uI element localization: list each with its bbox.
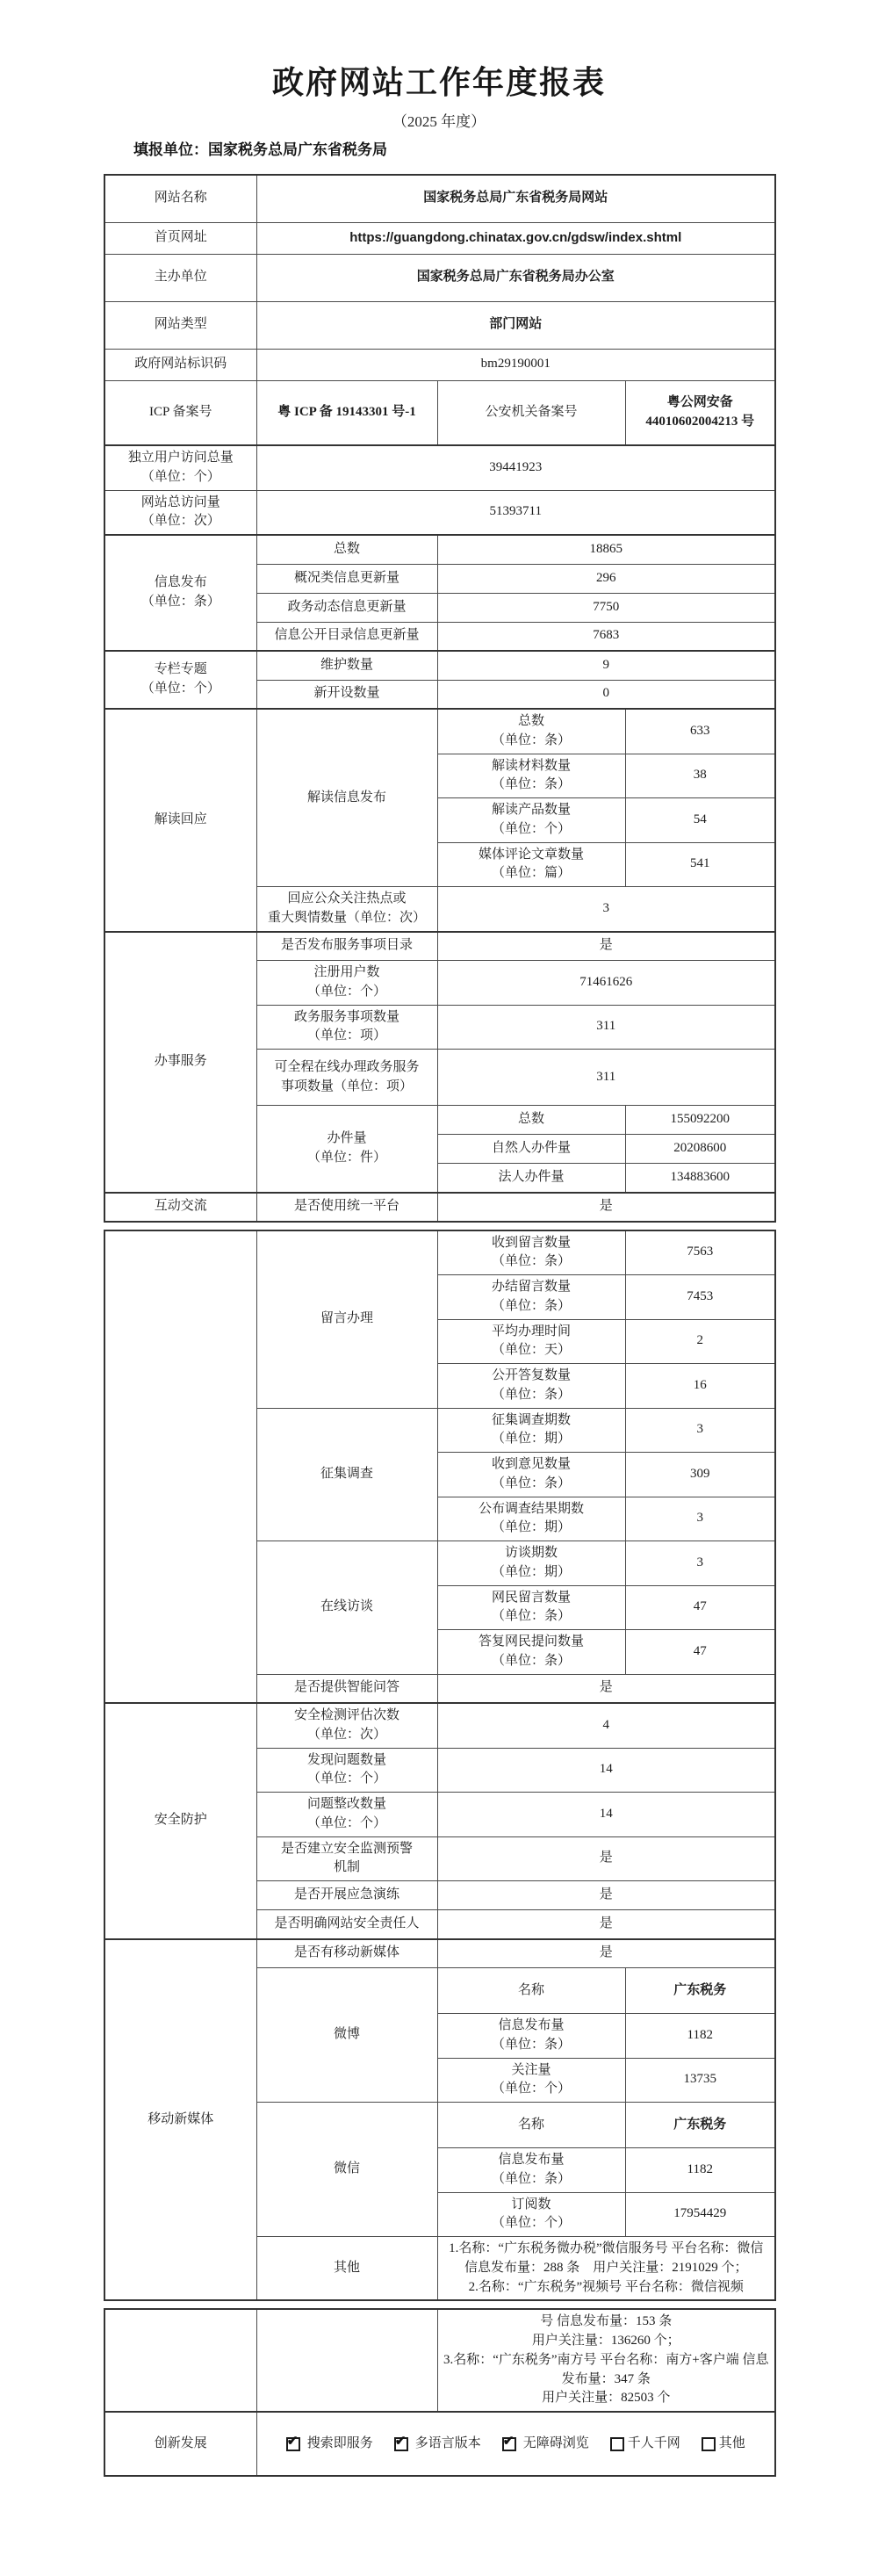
checkbox-icon xyxy=(702,2437,716,2451)
svc-volume-label: 办件量 （单位：件） xyxy=(256,1106,437,1193)
row-icp: ICP 备案号 粤 ICP 备 19143301 号-1 公安机关备案号 粤公网… xyxy=(104,380,775,445)
row-label: 回应公众关注热点或 重大舆情数量（单位：次） xyxy=(256,887,437,932)
checkbox-icon xyxy=(394,2437,408,2451)
weibo-label: 微博 xyxy=(256,1968,437,2103)
survey-label: 征集调查 xyxy=(256,1408,437,1541)
row-value: 134883600 xyxy=(625,1164,775,1193)
row-label: 发现问题数量 （单位：个） xyxy=(256,1748,437,1793)
row-info-pub-total: 信息发布 （单位：条） 总数 18865 xyxy=(104,535,775,564)
section-interaction: 互动交流 xyxy=(104,1193,256,1222)
row-value: 3 xyxy=(625,1408,775,1453)
row-label: 是否发布服务事项目录 xyxy=(256,932,437,961)
section-columns: 专栏专题 （单位：个） xyxy=(104,651,256,709)
home-url-label: 首页网址 xyxy=(104,222,256,254)
site-name-value: 国家税务总局广东省税务局网站 xyxy=(256,175,775,222)
row-label: 是否提供智能问答 xyxy=(256,1674,437,1703)
row-value: 7453 xyxy=(625,1275,775,1320)
option-label: 其他 xyxy=(719,2435,745,2454)
row-value: 广东税务 xyxy=(625,2103,775,2148)
row-home-url: 首页网址 https://guangdong.chinatax.gov.cn/g… xyxy=(104,222,775,254)
row-label: 是否建立安全监测预警 机制 xyxy=(256,1836,437,1881)
row-value: 广东税务 xyxy=(625,1968,775,2014)
row-label: 办结留言数量 （单位：条） xyxy=(437,1275,625,1320)
row-value: 38 xyxy=(625,754,775,798)
option-accessibility: 无障碍浏览 xyxy=(502,2435,589,2454)
interp-pub-label: 解读信息发布 xyxy=(256,709,437,887)
row-value: 1182 xyxy=(625,2014,775,2059)
checkbox-icon xyxy=(286,2437,300,2451)
site-name-label: 网站名称 xyxy=(104,175,256,222)
row-value: 311 xyxy=(437,1005,775,1050)
row-unique-visitors: 独立用户访问总量 （单位：个） 39441923 xyxy=(104,445,775,490)
row-label: 注册用户数 （单位：个） xyxy=(256,961,437,1006)
row-value: 14 xyxy=(437,1793,775,1837)
row-label: 总数 xyxy=(437,1106,625,1135)
row-label: 信息公开目录信息更新量 xyxy=(256,622,437,651)
section-new-media-cont xyxy=(104,2309,256,2412)
row-label: 维护数量 xyxy=(256,651,437,680)
row-label: 公布调查结果期数 （单位：期） xyxy=(437,1497,625,1541)
row-value: 71461626 xyxy=(437,961,775,1006)
row-innovation: 创新发展 搜索即服务 多语言版本 无障碍浏览 千人千网 其他 xyxy=(104,2412,775,2476)
report-table-area: 网站名称 国家税务总局广东省税务局网站 首页网址 https://guangdo… xyxy=(104,174,774,2484)
row-value: 是 xyxy=(437,1674,775,1703)
unique-visitors-value: 39441923 xyxy=(256,445,775,490)
row-label: 总数 （单位：条） xyxy=(437,709,625,754)
row-svc-catalog: 办事服务 是否发布服务事项目录 是 xyxy=(104,932,775,961)
option-search-as-service: 搜索即服务 xyxy=(286,2435,373,2454)
option-label: 搜索即服务 xyxy=(307,2435,373,2454)
row-label: 是否明确网站安全责任人 xyxy=(256,1910,437,1939)
row-value: 7683 xyxy=(437,622,775,651)
row-label: 总数 xyxy=(256,535,437,564)
row-total-visits: 网站总访问量 （单位：次） 51393711 xyxy=(104,490,775,535)
row-msg-received: 留言办理 收到留言数量 （单位：条） 7563 xyxy=(104,1230,775,1275)
option-other: 其他 xyxy=(702,2435,745,2454)
innovation-options-cell: 搜索即服务 多语言版本 无障碍浏览 千人千网 其他 xyxy=(256,2412,775,2476)
interview-label: 在线访谈 xyxy=(256,1541,437,1675)
filing-unit: 填报单位：国家税务总局广东省税务局 xyxy=(133,137,387,159)
row-value: 14 xyxy=(437,1748,775,1793)
row-value: 是 xyxy=(437,1939,775,1968)
row-value: 296 xyxy=(437,564,775,593)
row-site-code: 政府网站标识码 bm29190001 xyxy=(104,349,775,380)
row-value: 是 xyxy=(437,1910,775,1939)
row-value: 是 xyxy=(437,1881,775,1910)
row-label: 征集调查期数 （单位：期） xyxy=(437,1408,625,1453)
row-value: 0 xyxy=(437,680,775,709)
row-columns-maintained: 专栏专题 （单位：个） 维护数量 9 xyxy=(104,651,775,680)
row-label: 新开设数量 xyxy=(256,680,437,709)
row-value: 2 xyxy=(625,1319,775,1364)
other-media-label: 其他 xyxy=(256,2237,437,2301)
checkbox-icon xyxy=(610,2437,624,2451)
row-value: 47 xyxy=(625,1630,775,1675)
row-value: 47 xyxy=(625,1585,775,1630)
row-label: 名称 xyxy=(437,2103,625,2148)
row-interp-total: 解读回应 解读信息发布 总数 （单位：条） 633 xyxy=(104,709,775,754)
row-value: 9 xyxy=(437,651,775,680)
option-label: 千人千网 xyxy=(628,2435,680,2454)
section-interaction-cont xyxy=(104,1230,256,1704)
report-year: （2025 年度） xyxy=(104,109,774,131)
section-innovation: 创新发展 xyxy=(104,2412,256,2476)
row-value: 1182 xyxy=(625,2148,775,2193)
row-value: 18865 xyxy=(437,535,775,564)
row-label: 信息发布量 （单位：条） xyxy=(437,2014,625,2059)
row-label: 网民留言数量 （单位：条） xyxy=(437,1585,625,1630)
row-label: 解读材料数量 （单位：条） xyxy=(437,754,625,798)
site-code-value: bm29190001 xyxy=(256,349,775,380)
row-value: 309 xyxy=(625,1453,775,1497)
sponsor-value: 国家税务总局广东省税务局办公室 xyxy=(256,254,775,301)
row-label: 概况类信息更新量 xyxy=(256,564,437,593)
total-visits-label: 网站总访问量 （单位：次） xyxy=(104,490,256,535)
row-label: 是否使用统一平台 xyxy=(256,1193,437,1222)
checkbox-icon xyxy=(502,2437,516,2451)
message-handling-label: 留言办理 xyxy=(256,1230,437,1409)
row-label: 是否有移动新媒体 xyxy=(256,1939,437,1968)
row-label: 平均办理时间 （单位：天） xyxy=(437,1319,625,1364)
section-security: 安全防护 xyxy=(104,1703,256,1939)
option-label: 无障碍浏览 xyxy=(523,2435,589,2454)
innovation-checkbox-row: 搜索即服务 多语言版本 无障碍浏览 千人千网 其他 xyxy=(263,2435,770,2454)
police-record-label: 公安机关备案号 xyxy=(437,380,625,445)
option-label: 多语言版本 xyxy=(415,2435,481,2454)
option-multilingual: 多语言版本 xyxy=(394,2435,481,2454)
row-other-media-cont: 号 信息发布量：153 条 用户关注量：136260 个； 3.名称：“广东税务… xyxy=(104,2309,775,2412)
row-newmedia-has: 移动新媒体 是否有移动新媒体 是 xyxy=(104,1939,775,1968)
row-label: 公开答复数量 （单位：条） xyxy=(437,1364,625,1409)
row-label: 收到留言数量 （单位：条） xyxy=(437,1230,625,1275)
row-value: 3 xyxy=(625,1497,775,1541)
other-media-text-2: 号 信息发布量：153 条 用户关注量：136260 个； 3.名称：“广东税务… xyxy=(437,2309,775,2412)
row-label: 解读产品数量 （单位：个） xyxy=(437,798,625,843)
row-value: 633 xyxy=(625,709,775,754)
row-label: 政务服务事项数量 （单位：项） xyxy=(256,1005,437,1050)
other-media-text-1: 1.名称：“广东税务微办税”微信服务号 平台名称：微信 信息发布量：288 条 … xyxy=(437,2237,775,2301)
row-label: 安全检测评估次数 （单位：次） xyxy=(256,1703,437,1748)
report-table-page-1: 网站名称 国家税务总局广东省税务局网站 首页网址 https://guangdo… xyxy=(104,174,776,1223)
row-value: 13735 xyxy=(625,2058,775,2103)
section-new-media: 移动新媒体 xyxy=(104,1939,256,2301)
site-type-value: 部门网站 xyxy=(256,301,775,349)
row-value: 541 xyxy=(625,842,775,887)
row-label: 答复网民提问数量 （单位：条） xyxy=(437,1630,625,1675)
sponsor-label: 主办单位 xyxy=(104,254,256,301)
icp-label: ICP 备案号 xyxy=(104,380,256,445)
row-label: 政务动态信息更新量 xyxy=(256,593,437,622)
row-site-type: 网站类型 部门网站 xyxy=(104,301,775,349)
home-url-value: https://guangdong.chinatax.gov.cn/gdsw/i… xyxy=(256,222,775,254)
page-title: 政府网站工作年度报表 xyxy=(104,58,774,103)
row-label: 访谈期数 （单位：期） xyxy=(437,1541,625,1586)
row-value: 4 xyxy=(437,1703,775,1748)
total-visits-value: 51393711 xyxy=(256,490,775,535)
section-services: 办事服务 xyxy=(104,932,256,1193)
police-record-value: 粤公网安备 44010602004213 号 xyxy=(625,380,775,445)
row-label: 名称 xyxy=(437,1968,625,2014)
row-value: 17954429 xyxy=(625,2192,775,2237)
row-value: 20208600 xyxy=(625,1135,775,1164)
row-value: 16 xyxy=(625,1364,775,1409)
other-media-label-cont xyxy=(256,2309,437,2412)
row-value: 3 xyxy=(625,1541,775,1586)
row-label: 关注量 （单位：个） xyxy=(437,2058,625,2103)
row-label: 信息发布量 （单位：条） xyxy=(437,2148,625,2193)
section-interpretation: 解读回应 xyxy=(104,709,256,932)
row-label: 问题整改数量 （单位：个） xyxy=(256,1793,437,1837)
report-table-page-2: 留言办理 收到留言数量 （单位：条） 7563 办结留言数量 （单位：条） 74… xyxy=(104,1230,776,2302)
row-value: 54 xyxy=(625,798,775,843)
row-label: 自然人办件量 xyxy=(437,1135,625,1164)
row-interaction-platform: 互动交流 是否使用统一平台 是 xyxy=(104,1193,775,1222)
row-site-name: 网站名称 国家税务总局广东省税务局网站 xyxy=(104,175,775,222)
site-type-label: 网站类型 xyxy=(104,301,256,349)
row-label: 收到意见数量 （单位：条） xyxy=(437,1453,625,1497)
report-document: 政府网站工作年度报表 （2025 年度） 填报单位：国家税务总局广东省税务局 网… xyxy=(0,0,878,2576)
row-value: 155092200 xyxy=(625,1106,775,1135)
row-label: 法人办件量 xyxy=(437,1164,625,1193)
row-label: 可全程在线办理政务服务 事项数量（单位：项） xyxy=(256,1050,437,1106)
option-personalized: 千人千网 xyxy=(610,2435,680,2454)
row-value: 是 xyxy=(437,1836,775,1881)
row-sponsor: 主办单位 国家税务总局广东省税务局办公室 xyxy=(104,254,775,301)
site-code-label: 政府网站标识码 xyxy=(104,349,256,380)
wechat-label: 微信 xyxy=(256,2103,437,2237)
row-value: 7750 xyxy=(437,593,775,622)
row-label: 是否开展应急演练 xyxy=(256,1881,437,1910)
row-label: 订阅数 （单位：个） xyxy=(437,2192,625,2237)
section-info-pub: 信息发布 （单位：条） xyxy=(104,535,256,651)
row-value: 3 xyxy=(437,887,775,932)
row-sec-assess: 安全防护 安全检测评估次数 （单位：次） 4 xyxy=(104,1703,775,1748)
row-value: 311 xyxy=(437,1050,775,1106)
report-table-page-3: 号 信息发布量：153 条 用户关注量：136260 个； 3.名称：“广东税务… xyxy=(104,2308,776,2477)
unique-visitors-label: 独立用户访问总量 （单位：个） xyxy=(104,445,256,490)
icp-value: 粤 ICP 备 19143301 号-1 xyxy=(256,380,437,445)
row-value: 7563 xyxy=(625,1230,775,1275)
row-value: 是 xyxy=(437,1193,775,1222)
row-label: 媒体评论文章数量 （单位：篇） xyxy=(437,842,625,887)
row-value: 是 xyxy=(437,932,775,961)
